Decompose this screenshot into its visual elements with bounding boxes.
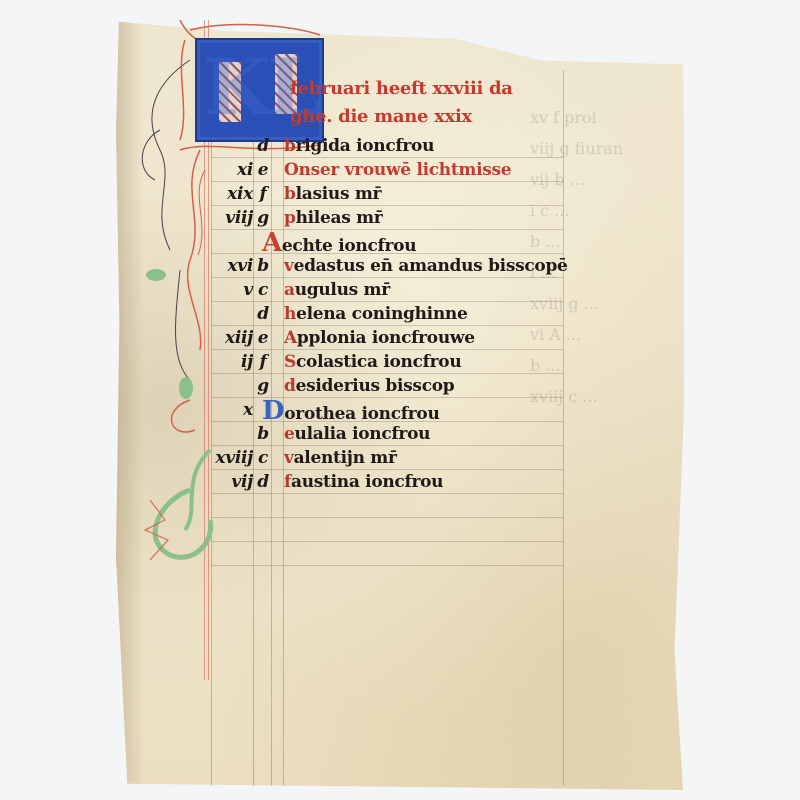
- ruling-line: [211, 541, 563, 542]
- header-rubric-line-1: februari heeft xxviii da: [290, 78, 513, 99]
- calendar-row: dhelena coninghinne: [116, 302, 576, 326]
- calendar-row: xixfblasius mr̄: [116, 182, 576, 206]
- golden-number: vij: [213, 470, 253, 494]
- saint-feast: vedastus en̄ amandus bisscopē: [284, 254, 568, 278]
- saint-feast: brigida ioncfrou: [284, 134, 434, 158]
- calendar-row: vijdfaustina ioncfrou: [116, 470, 576, 494]
- golden-number: xvi: [213, 254, 253, 278]
- dominical-letter: e: [256, 158, 270, 182]
- golden-number: x: [213, 398, 253, 422]
- golden-number: xi: [213, 158, 253, 182]
- calendar-row: ijfScolastica ioncfrou: [116, 350, 576, 374]
- calendar-row: viijgphileas mr̄: [116, 206, 576, 230]
- dominical-letter: f: [256, 350, 270, 374]
- ruling-line: [211, 565, 563, 566]
- saint-feast: Onser vrouwē lichtmisse: [284, 158, 511, 182]
- dominical-letter: c: [256, 278, 270, 302]
- golden-number: xiij: [213, 326, 253, 350]
- dominical-letter: f: [256, 182, 270, 206]
- calendar-row: xviijcvalentijn mr̄: [116, 446, 576, 470]
- dominical-letter: b: [256, 254, 270, 278]
- dominical-letter: d: [256, 302, 270, 326]
- saint-feast: desiderius bisscop: [284, 374, 454, 398]
- dominical-letter: c: [256, 446, 270, 470]
- saint-feast: augulus mr̄: [284, 278, 390, 302]
- dominical-letter: e: [256, 326, 270, 350]
- saint-feast: phileas mr̄: [284, 206, 382, 230]
- calendar-row: xiijeApplonia ioncfrouwe: [116, 326, 576, 350]
- saint-feast: Scolastica ioncfrou: [284, 350, 461, 374]
- calendar-row: dbrigida ioncfrou: [116, 134, 576, 158]
- calendar-row: Aechte ioncfrou: [116, 230, 576, 254]
- golden-number: xix: [213, 182, 253, 206]
- golden-number: viij: [213, 206, 253, 230]
- golden-number: v: [213, 278, 253, 302]
- show-through-line: xv f proi: [530, 108, 597, 127]
- saint-feast: blasius mr̄: [284, 182, 381, 206]
- calendar-row: xvibvedastus en̄ amandus bisscopē: [116, 254, 576, 278]
- saint-feast: eulalia ioncfrou: [284, 422, 430, 446]
- dominical-letter: d: [256, 134, 270, 158]
- calendar-row: gdesiderius bisscop: [116, 374, 576, 398]
- golden-number: ij: [213, 350, 253, 374]
- dominical-letter: g: [256, 206, 270, 230]
- calendar-row: xieOnser vrouwē lichtmisse: [116, 158, 576, 182]
- saint-feast: helena coninghinne: [284, 302, 467, 326]
- calendar-row: beulalia ioncfrou: [116, 422, 576, 446]
- golden-number: xviij: [213, 446, 253, 470]
- saint-feast: valentijn mr̄: [284, 446, 397, 470]
- saint-feast: faustina ioncfrou: [284, 470, 443, 494]
- dominical-letter: d: [256, 470, 270, 494]
- header-rubric-line-2: ghe. die mane xxix: [290, 106, 472, 127]
- dominical-letter: b: [256, 422, 270, 446]
- calendar-row: xDorothea ioncfrou: [116, 398, 576, 422]
- ruling-line: [211, 517, 563, 518]
- calendar-row: vcaugulus mr̄: [116, 278, 576, 302]
- saint-feast: Applonia ioncfrouwe: [284, 326, 475, 350]
- dominical-letter: g: [256, 374, 270, 398]
